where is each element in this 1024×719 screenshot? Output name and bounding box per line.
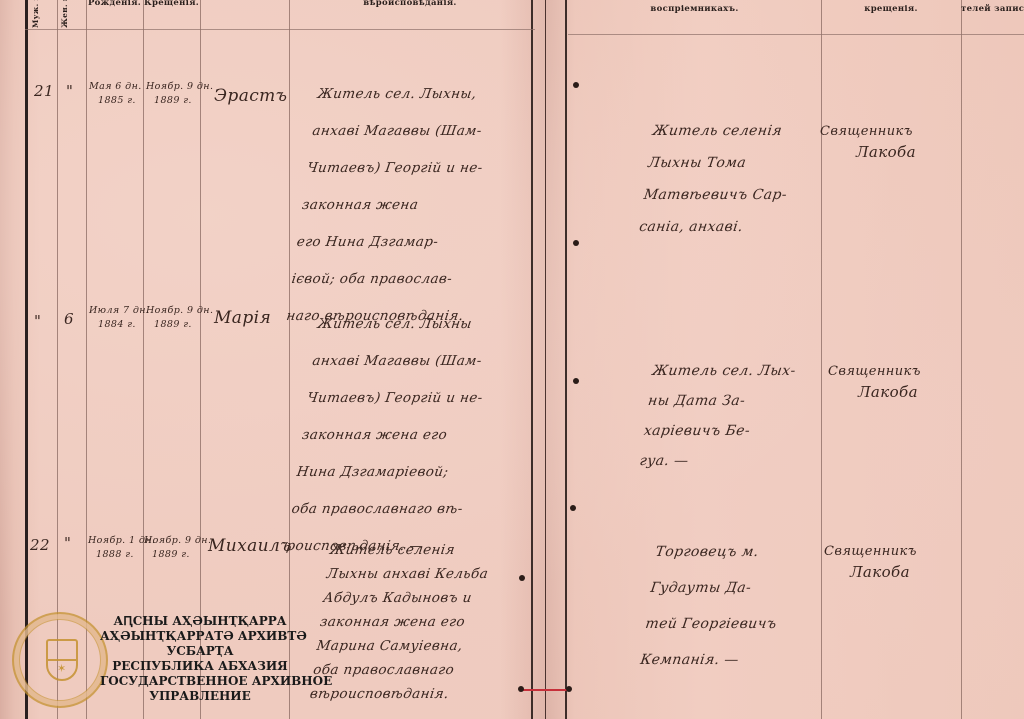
column-rule: [86, 0, 87, 719]
entry-2-child-name: Марія: [214, 308, 271, 328]
priest-signature: Лакоба: [828, 382, 921, 402]
header-godparents: воспріемникахъ.: [568, 4, 821, 32]
entry-3-female-number: ": [64, 534, 71, 552]
binding-hole: [518, 686, 524, 692]
stamp-line: АԤСНЫ АҲӘЫНҬҚАРРА: [100, 614, 300, 629]
header-male-sex: Муж. пола.: [31, 0, 53, 28]
text-line: оба православнаго: [312, 658, 477, 682]
right-page: воспріемникахъ. крещенія. телей записи п…: [548, 0, 1024, 719]
text-line: Лыхны Тома: [646, 147, 794, 179]
entry-3-baptism-date: Ноябр. 9 дн.: [144, 534, 211, 547]
entry-2-performed-by: Священникъ Лакоба: [828, 362, 921, 402]
text-line: Абдулъ Кадыновъ и: [322, 586, 487, 610]
entry-1-baptism-date: Ноябр. 9 дн.: [146, 80, 213, 93]
binding-hole: [519, 575, 525, 581]
binding-hole: [573, 378, 579, 384]
text-line: вѣроисповѣданія.: [308, 682, 473, 706]
page-edge-rule: [565, 0, 567, 719]
text-line: харіевичъ Бе-: [642, 416, 790, 446]
text-line: Житель сел. Лыхны: [315, 306, 496, 343]
text-line: Читаевъ) Георгій и не-: [305, 380, 486, 417]
entry-1-birth-year: 1885 г.: [98, 94, 136, 107]
priest-title: Священникъ: [828, 362, 921, 382]
entry-1-performed-by: Священникъ Лакоба: [820, 122, 916, 162]
entry-1-male-number: 21: [34, 82, 54, 100]
gutter-rule: [545, 0, 546, 719]
header-baptism-performed: крещенія.: [821, 4, 961, 32]
text-line: Матвѣевичъ Сар-: [642, 179, 790, 211]
text-line: Житель селенія: [328, 538, 493, 562]
entry-1-baptism-year: 1889 г.: [154, 94, 192, 107]
column-rule: [821, 0, 822, 719]
entry-1-child-name: Эрастъ: [214, 86, 287, 106]
entry-2-birth-date: Июля 7 дн.: [89, 304, 149, 317]
page-edge-rule: [531, 0, 533, 719]
entry-2-godparents: Житель сел. Лых- ны Дата За- харіевичъ Б…: [638, 356, 798, 476]
text-line: Кемпанія. —: [638, 642, 774, 678]
archive-seal: [12, 612, 108, 708]
entry-2-male-number: ": [34, 312, 41, 330]
header-birth: Рожденія.: [86, 0, 143, 26]
header-signatures: телей записи п: [961, 4, 1024, 32]
entry-3-godparents: Торговецъ м. Гудауты Да- тей Георгіевичъ…: [638, 534, 789, 678]
entry-3-baptism-year: 1889 г.: [152, 548, 190, 561]
text-line: саніа, анхаві.: [637, 211, 785, 243]
priest-title: Священникъ: [824, 542, 917, 562]
stamp-line: УПРАВЛЕНИЕ: [100, 689, 300, 704]
text-line: ієвой; оба православ-: [289, 261, 471, 298]
priest-title: Священникъ: [820, 122, 916, 142]
binding-hole: [566, 686, 572, 692]
entry-1-parents: Житель сел. Лыхны, анхаві Магаввы (Шам- …: [284, 76, 497, 335]
entry-1-birth-date: Мая 6 дн.: [89, 80, 142, 93]
priest-signature: Лакоба: [820, 142, 916, 162]
stamp-line: ГОСУДАРСТВЕННОЕ АРХИВНОЕ: [100, 674, 300, 689]
text-line: анхаві Магаввы (Шам-: [310, 343, 491, 380]
text-line: Житель селенія: [650, 115, 798, 147]
header-rule: [25, 29, 535, 30]
binding-hole: [570, 505, 576, 511]
text-line: Марина Самуіевна,: [315, 634, 480, 658]
column-rule: [143, 0, 144, 719]
document-spread: Муж. пола. Жен. пола. Рожденія. Крещенія…: [0, 0, 1024, 719]
text-line: его Нина Дзгамар-: [294, 224, 476, 261]
column-rule: [289, 0, 290, 719]
entry-3-parents: Житель селенія Лыхны анхаві Кельба Абдул…: [308, 538, 493, 706]
entry-2-baptism-year: 1889 г.: [154, 318, 192, 331]
text-line: оба православнаго вѣ-: [289, 491, 470, 528]
page-margin-rule: [25, 0, 28, 719]
text-line: гуа. —: [638, 446, 786, 476]
text-line: законная жена его: [318, 610, 483, 634]
text-line: Читаевъ) Георгій и не-: [305, 150, 487, 187]
priest-signature: Лакоба: [824, 562, 917, 582]
text-line: анхаві Магаввы (Шам-: [310, 113, 492, 150]
text-line: законная жена его: [299, 417, 480, 454]
text-line: Житель сел. Лыхны,: [315, 76, 497, 113]
header-female-sex: Жен. пола.: [60, 0, 82, 28]
text-line: законная жена: [299, 187, 481, 224]
entry-2-female-number: 6: [64, 310, 74, 328]
entry-3-performed-by: Священникъ Лакоба: [824, 542, 917, 582]
entry-1-godparents: Житель селенія Лыхны Тома Матвѣевичъ Сар…: [637, 115, 798, 243]
entry-2-parents: Житель сел. Лыхны анхаві Магаввы (Шам- Ч…: [284, 306, 496, 565]
entry-2-birth-year: 1884 г.: [98, 318, 136, 331]
column-rule: [961, 0, 962, 719]
text-line: Торговецъ м.: [653, 534, 789, 570]
column-rule: [200, 0, 201, 719]
text-line: Лыхны анхаві Кельба: [325, 562, 490, 586]
header-baptism: Крещенія.: [143, 0, 200, 26]
entry-3-male-number: 22: [30, 536, 50, 554]
coat-of-arms-icon: [46, 639, 78, 681]
binding-hole: [573, 82, 579, 88]
text-line: Житель сел. Лых-: [650, 356, 798, 386]
entry-3-birth-year: 1888 г.: [96, 548, 134, 561]
text-line: тей Георгіевичъ: [643, 606, 779, 642]
text-line: Гудауты Да-: [648, 570, 784, 606]
text-line: ны Дата За-: [646, 386, 794, 416]
stamp-line: УСБАРҬА: [100, 644, 300, 659]
entry-2-baptism-date: Ноябр. 9 дн.: [146, 304, 213, 317]
left-page: Муж. пола. Жен. пола. Рожденія. Крещенія…: [0, 0, 548, 719]
stamp-line: РЕСПУБЛИКА АБХАЗИЯ: [100, 659, 300, 674]
binding-hole: [573, 240, 579, 246]
header-parents-religion: вѣроисповѣданія.: [289, 0, 531, 26]
stamp-line: АҲӘЫНҬҚАРРАТӘ АРХИВТӘ: [100, 629, 300, 644]
entry-1-female-number: ": [66, 82, 73, 100]
archive-stamp-text: АԤСНЫ АҲӘЫНҬҚАРРА АҲӘЫНҬҚАРРАТӘ АРХИВТӘ …: [100, 614, 300, 704]
binding-thread: [522, 689, 568, 691]
header-rule: [568, 34, 1024, 35]
entry-3-child-name: Михаилъ: [208, 536, 292, 556]
text-line: Нина Дзгамаріевой;: [294, 454, 475, 491]
